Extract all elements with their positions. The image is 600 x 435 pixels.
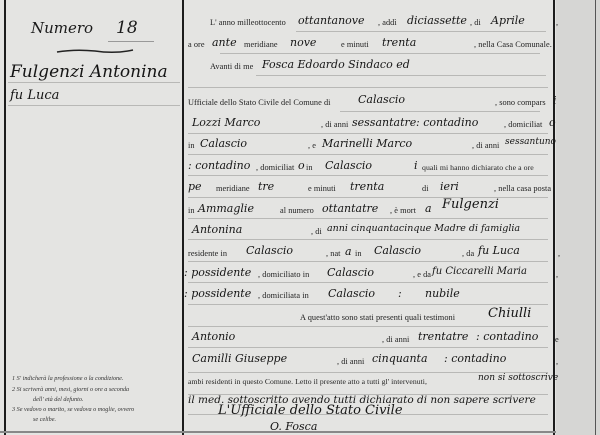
field-marital-status: nubile — [425, 287, 460, 300]
field-witness-1-profession: : contadino — [476, 330, 538, 343]
officer-signature: O. Fosca — [270, 420, 317, 433]
text-a-ore: a ore — [188, 40, 205, 49]
text-domiciliata-in: , domiciliata in — [258, 291, 309, 300]
text-sono-compars: , sono compars — [495, 98, 546, 107]
field-ante-post: ante — [212, 36, 237, 49]
number-underline — [108, 41, 154, 42]
text-testimoni: A quest'atto sono stati presenti quali t… — [300, 313, 455, 322]
field-declarant-2-residence: Calascio — [325, 159, 372, 172]
field-mother-residence: Calascio — [328, 287, 375, 300]
text-e-morto: , è mort — [390, 206, 416, 215]
text-meridiane: meridiane — [244, 40, 278, 49]
field-father-profession: : possidente — [184, 266, 251, 279]
field-witness-1-surname: Chiulli — [488, 306, 531, 321]
footnote-2-cont: dell' età del defunto. — [33, 396, 83, 403]
field-separator: : — [398, 287, 402, 300]
footnote-3-cont: se celibe. — [33, 416, 56, 423]
margin-deceased-name: Fulgenzi Antonina — [10, 62, 168, 82]
field-declarant-1-profession: : contadino — [416, 116, 478, 129]
footnote-3: 3 Se vedovo o marito, se vedova o moglie… — [12, 406, 134, 413]
record-number-value: 18 — [116, 18, 138, 38]
margin-deceased-father: fu Luca — [10, 88, 59, 103]
field-suffix: a — [345, 245, 352, 258]
field-deceased-surname: Fulgenzi — [442, 197, 499, 212]
text-domiciliat: , domiciliat — [256, 163, 294, 172]
field-declarant-2-name: Marinelli Marco — [322, 137, 412, 150]
field-suffix: a — [425, 202, 432, 215]
text-da: , da — [462, 249, 474, 258]
text-in: in — [355, 249, 362, 258]
text-e: e — [555, 335, 559, 344]
adjacent-page-rule — [595, 0, 596, 435]
text-casa-comunale: , nella Casa Comunale. — [474, 40, 552, 49]
field-deceased-residence: Calascio — [246, 244, 293, 257]
footnote-2: 2 Si scriverà anni, mesi, giorni o ore a… — [12, 386, 129, 393]
text-addi: , addì — [378, 18, 397, 27]
right-border — [553, 0, 555, 435]
field-suffix: o — [298, 159, 305, 172]
adjacent-page-edge — [556, 0, 600, 435]
field-witness-1-given-name: Antonio — [192, 330, 235, 343]
text-nat: , nat — [326, 249, 341, 258]
text-e-da: , e da — [413, 270, 431, 279]
text-di-anni: , di anni — [321, 120, 348, 129]
civil-death-record-page: Numero 18 Fulgenzi Antonina fu Luca 1 S'… — [0, 0, 600, 435]
field-declarant-1-age: sessantatre — [352, 116, 416, 129]
text-year-intro: L' anno milleottocento — [210, 18, 286, 27]
text-casa-posta: , nella casa posta — [494, 184, 551, 193]
field-year: ottantanove — [298, 14, 365, 27]
text-di-anni: , di anni — [337, 357, 364, 366]
field-signature-note: non si sottoscrive — [478, 373, 558, 383]
officer-signature-title: L'Ufficiale dello Stato Civile — [218, 403, 403, 418]
field-death-day: ieri — [440, 180, 459, 193]
text-ufficiale: Ufficiale dello Stato Civile del Comune … — [188, 98, 331, 107]
text-di-anni: , di anni — [382, 335, 409, 344]
text-comma: , — [556, 357, 558, 366]
text-comma: , — [556, 270, 558, 279]
field-suffix: o — [549, 116, 556, 129]
text-domiciliato-in: , domiciliato in — [258, 270, 309, 279]
text-minuti: e minuti — [308, 184, 336, 193]
left-border — [4, 0, 6, 435]
flourish-ornament — [55, 46, 135, 56]
text-in: in — [188, 206, 195, 215]
field-declarant-1-residence: Calascio — [200, 137, 247, 150]
text-al-numero: al numero — [280, 206, 314, 215]
field-mother-name: fu Ciccarelli Maria — [432, 266, 527, 277]
text-comma: , — [558, 249, 560, 258]
text-domiciliat: , domiciliat — [504, 120, 542, 129]
field-declarant-1-name: Lozzi Marco — [192, 116, 260, 129]
field-house-number: ottantatre — [322, 202, 378, 215]
field-deceased-given-name: Antonina — [192, 223, 242, 236]
margin-rule — [8, 82, 180, 83]
field-father-name: fu Luca — [478, 244, 520, 257]
field-death-ante-post: pe — [188, 180, 202, 193]
field-month: Aprile — [491, 14, 525, 27]
margin-rule — [8, 105, 180, 106]
text-avanti-di-me: Avanti di me — [210, 62, 253, 71]
field-street: Ammaglie — [198, 202, 254, 215]
text-quali-mi-hanno: quali mi hanno dichiarato che a ore — [422, 163, 534, 172]
field-witness-2-profession: : contadino — [444, 352, 506, 365]
field-day: diciassette — [407, 14, 467, 27]
field-officiant: Fosca Edoardo Sindaco ed — [262, 58, 410, 71]
text-di: , di — [311, 227, 322, 236]
text-di: di — [422, 184, 429, 193]
field-minutes: trenta — [382, 36, 416, 49]
field-witness-2-age: cinquanta — [372, 352, 428, 365]
column-divider — [182, 0, 184, 435]
field-mother-profession: : possidente — [184, 287, 251, 300]
text-di-anni: , di anni — [472, 141, 499, 150]
text-residente-in: residente in — [188, 249, 227, 258]
field-suffix: i — [414, 159, 418, 172]
field-father-residence: Calascio — [327, 266, 374, 279]
text-comma: , — [556, 18, 558, 27]
field-hour: nove — [290, 36, 316, 49]
text-meridiane: meridiane — [216, 184, 250, 193]
text-letto-il-presente: ambi residenti in questo Comune. Letto i… — [188, 377, 427, 386]
record-number-label: Numero — [31, 19, 93, 37]
field-declarant-2-age: sessantuno — [505, 137, 556, 147]
field-declarant-2-profession: : contadino — [188, 159, 250, 172]
text-minuti: e minuti — [341, 40, 369, 49]
field-witness-1-age: trentatre — [418, 330, 468, 343]
field-death-minutes: trenta — [350, 180, 384, 193]
field-birthplace: Calascio — [374, 244, 421, 257]
text-in: in — [188, 141, 195, 150]
field-witness-2-name: Camilli Giuseppe — [192, 352, 287, 365]
field-comune: Calascio — [358, 93, 405, 106]
footnote-1: 1 S' indicherà la professione o la condi… — [12, 375, 123, 382]
text-di: , di — [470, 18, 481, 27]
field-compars-suffix: i — [553, 94, 557, 107]
field-deceased-age-profession: anni cinquantacinque Madre di famiglia — [327, 223, 520, 234]
text-in: in — [306, 163, 313, 172]
field-death-hour: tre — [258, 180, 274, 193]
text-e: , e — [308, 141, 316, 150]
